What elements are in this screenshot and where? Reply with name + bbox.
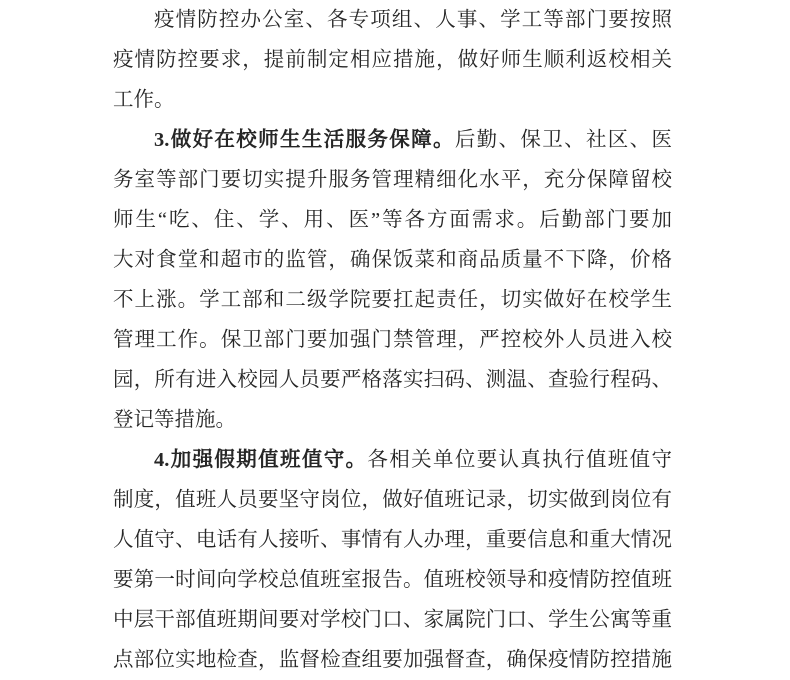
text-run: 不上涨。学工部和二级学院要扛起责任，切实做好在校学生 (113, 289, 672, 311)
text-run: 疫情防控要求，提前制定相应措施，做好师生顺利返校相关 (113, 49, 672, 71)
text-line: 疫情防控要求，提前制定相应措施，做好师生顺利返校相关 (113, 40, 672, 80)
text-line: 工作。 (113, 80, 672, 120)
text-line: 管理工作。保卫部门要加强门禁管理，严控校外人员进入校 (113, 320, 672, 360)
text-line: 4.加强假期值班值守。各相关单位要认真执行值班值守 (113, 440, 672, 480)
text-run: 人值守、电话有人接听、事情有人办理，重要信息和重大情况 (113, 529, 672, 551)
text-run: 大对食堂和超市的监管，确保饭菜和商品质量不下降，价格 (113, 249, 672, 271)
text-run: 管理工作。保卫部门要加强门禁管理，严控校外人员进入校 (113, 329, 672, 351)
text-line: 师生“吃、住、学、用、医”等各方面需求。后勤部门要加 (113, 200, 672, 240)
text-run: 疫情防控办公室、各专项组、人事、学工等部门要按照 (154, 9, 672, 31)
text-line: 疫情防控办公室、各专项组、人事、学工等部门要按照 (113, 0, 672, 40)
text-run: 中层干部值班期间要对学校门口、家属院门口、学生公寓等重 (113, 609, 672, 631)
text-run: 工作。 (113, 89, 175, 111)
text-line: 制度，值班人员要坚守岗位，做好值班记录，切实做到岗位有 (113, 480, 672, 520)
document-text-block: 疫情防控办公室、各专项组、人事、学工等部门要按照 疫情防控要求，提前制定相应措施… (113, 0, 672, 680)
bold-run: 3.做好在校师生生活服务保障。 (154, 129, 455, 151)
text-run: 各相关单位要认真执行值班值守 (367, 449, 672, 471)
text-line: 务室等部门要切实提升服务管理精细化水平，充分保障留校 (113, 160, 672, 200)
text-line: 大对食堂和超市的监管，确保饭菜和商品质量不下降，价格 (113, 240, 672, 280)
text-run: 点部位实地检查，监督检查组要加强督查，确保疫情防控措施 (113, 649, 672, 671)
text-run: 登记等措施。 (113, 409, 236, 431)
text-line: 不上涨。学工部和二级学院要扛起责任，切实做好在校学生 (113, 280, 672, 320)
bold-run: 4.加强假期值班值守。 (154, 449, 367, 471)
text-line: 园，所有进入校园人员要严格落实扫码、测温、查验行程码、 (113, 360, 672, 400)
text-run: 后勤、保卫、社区、医 (455, 129, 672, 151)
document-page: 疫情防控办公室、各专项组、人事、学工等部门要按照 疫情防控要求，提前制定相应措施… (0, 0, 790, 680)
text-line: 中层干部值班期间要对学校门口、家属院门口、学生公寓等重 (113, 600, 672, 640)
text-run: 制度，值班人员要坚守岗位，做好值班记录，切实做到岗位有 (113, 489, 672, 511)
text-line: 点部位实地检查，监督检查组要加强督查，确保疫情防控措施 (113, 640, 672, 680)
text-run: 要第一时间向学校总值班室报告。值班校领导和疫情防控值班 (113, 569, 672, 591)
text-line: 人值守、电话有人接听、事情有人办理，重要信息和重大情况 (113, 520, 672, 560)
text-line: 登记等措施。 (113, 400, 672, 440)
text-run: 师生“吃、住、学、用、医”等各方面需求。后勤部门要加 (113, 209, 672, 231)
text-line: 3.做好在校师生生活服务保障。后勤、保卫、社区、医 (113, 120, 672, 160)
text-run: 务室等部门要切实提升服务管理精细化水平，充分保障留校 (113, 169, 672, 191)
text-line: 要第一时间向学校总值班室报告。值班校领导和疫情防控值班 (113, 560, 672, 600)
text-run: 园，所有进入校园人员要严格落实扫码、测温、查验行程码、 (113, 369, 672, 391)
